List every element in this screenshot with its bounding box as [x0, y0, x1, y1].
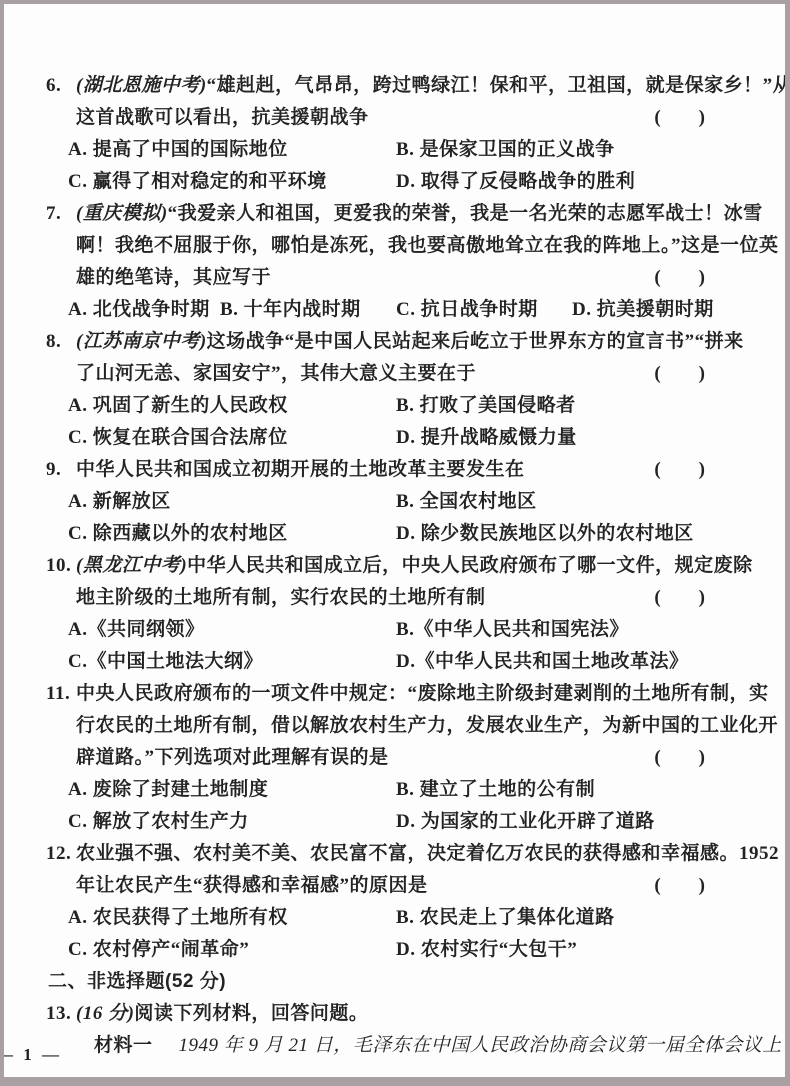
- stem-text: 行农民的土地所有制，借以解放农村生产力，发展农业生产，为新中国的工业化开: [76, 715, 778, 736]
- question-source-tag: (重庆模拟): [76, 203, 168, 224]
- option-d: D. 取得了反侵略战争的胜利: [396, 166, 785, 198]
- option-d: D. 除少数民族地区以外的农村地区: [396, 518, 785, 550]
- question-source-tag: (黑龙江中考): [76, 555, 187, 576]
- question-10-options-row-2: C.《中国土地法大纲》D.《中华人民共和国土地改革法》: [68, 646, 785, 678]
- question-source-tag: (湖北恩施中考): [76, 75, 207, 96]
- question-11: 11.中央人民政府颁布的一项文件中规定：“废除地主阶级封建剥削的土地所有制，实 …: [46, 678, 785, 838]
- question-11-stem-line-3: 辟道路。”下列选项对此理解有误的是( ): [46, 742, 785, 774]
- stem-text: 啊！我绝不屈服于你，哪怕是冻死，我也要高傲地耸立在我的阵地上。”这是一位英: [76, 235, 779, 256]
- question-11-stem-line-1: 11.中央人民政府颁布的一项文件中规定：“废除地主阶级封建剥削的土地所有制，实: [46, 678, 785, 710]
- question-13: 13.(16 分)阅读下列材料，回答问题。 材料一1949 年 9 月 21 日…: [46, 998, 785, 1062]
- option-c: C. 解放了农村生产力: [68, 806, 396, 838]
- stem-text: 了山河无恙、家国安宁”，其伟大意义主要在于: [76, 363, 476, 384]
- option-d: D. 农村实行“大包干”: [396, 934, 785, 966]
- question-7-stem-line-2: 啊！我绝不屈服于你，哪怕是冻死，我也要高傲地耸立在我的阵地上。”这是一位英: [46, 230, 785, 262]
- option-b: B. 打败了美国侵略者: [396, 390, 785, 422]
- option-b: B. 十年内战时期: [220, 294, 396, 326]
- exam-page: 6.(湖北恩施中考)“雄赳赳，气昂昂，跨过鸭绿江！保和平，卫祖国，就是保家乡！”…: [4, 4, 785, 1077]
- stem-text: 阅读下列材料，回答问题。: [134, 1003, 368, 1024]
- question-10: 10.(黑龙江中考)中华人民共和国成立后，中央人民政府颁布了哪一文件，规定废除 …: [46, 550, 785, 678]
- stem-text: 雄的绝笔诗，其应写于: [76, 267, 271, 288]
- option-b: B.《中华人民共和国宪法》: [396, 614, 785, 646]
- material-one-line: 材料一1949 年 9 月 21 日，毛泽东在中国人民政治协商会议第一届全体会议…: [46, 1030, 785, 1062]
- question-10-options-row-1: A.《共同纲领》B.《中华人民共和国宪法》: [68, 614, 785, 646]
- answer-bracket: ( ): [654, 582, 705, 614]
- question-10-stem-line-1: 10.(黑龙江中考)中华人民共和国成立后，中央人民政府颁布了哪一文件，规定废除: [46, 550, 785, 582]
- option-b: B. 是保家卫国的正义战争: [396, 134, 785, 166]
- question-9-options-row-2: C. 除西藏以外的农村地区D. 除少数民族地区以外的农村地区: [68, 518, 785, 550]
- question-number: 12.: [46, 838, 76, 870]
- stem-text: 年让农民产生“获得感和幸福感”的原因是: [76, 875, 428, 896]
- option-c: C. 抗日战争时期: [396, 294, 572, 326]
- option-d: D. 提升战略威慑力量: [396, 422, 785, 454]
- material-text: 1949 年 9 月 21 日，毛泽东在中国人民政治协商会议第一届全体会议上: [179, 1035, 782, 1056]
- stem-text: 这首战歌可以看出，抗美援朝战争: [76, 107, 369, 128]
- option-a: A. 新解放区: [68, 486, 396, 518]
- question-7-stem-line-1: 7.(重庆模拟)“我爱亲人和祖国，更爱我的荣誉，我是一名光荣的志愿军战士！冰雪: [46, 198, 785, 230]
- stem-text: 农业强不强、农村美不美、农民富不富，决定着亿万农民的获得感和幸福感。1952: [76, 843, 779, 864]
- option-b: B. 全国农村地区: [396, 486, 785, 518]
- option-a: A. 农民获得了土地所有权: [68, 902, 396, 934]
- question-12-stem-line-1: 12.农业强不强、农村美不美、农民富不富，决定着亿万农民的获得感和幸福感。195…: [46, 838, 785, 870]
- question-8: 8.(江苏南京中考)这场战争“是中国人民站起来后屹立于世界东方的宣言书”“拼来 …: [46, 326, 785, 454]
- question-7: 7.(重庆模拟)“我爱亲人和祖国，更爱我的荣誉，我是一名光荣的志愿军战士！冰雪 …: [46, 198, 785, 326]
- question-6-stem-line-2: 这首战歌可以看出，抗美援朝战争( ): [46, 102, 785, 134]
- question-9: 9.中华人民共和国成立初期开展的土地改革主要发生在( ) A. 新解放区B. 全…: [46, 454, 785, 550]
- question-11-stem-line-2: 行农民的土地所有制，借以解放农村生产力，发展农业生产，为新中国的工业化开: [46, 710, 785, 742]
- answer-bracket: ( ): [654, 742, 705, 774]
- answer-bracket: ( ): [654, 358, 705, 390]
- question-8-options-row-2: C. 恢复在联合国合法席位D. 提升战略威慑力量: [68, 422, 785, 454]
- question-9-options-row-1: A. 新解放区B. 全国农村地区: [68, 486, 785, 518]
- stem-text: 地主阶级的土地所有制，实行农民的土地所有制: [76, 587, 486, 608]
- question-11-options-row-2: C. 解放了农村生产力D. 为国家的工业化开辟了道路: [68, 806, 785, 838]
- option-d: D. 为国家的工业化开辟了道路: [396, 806, 785, 838]
- option-a: A. 北伐战争时期: [68, 294, 220, 326]
- question-6-options-row-1: A. 提高了中国的国际地位B. 是保家卫国的正义战争: [68, 134, 785, 166]
- page-number: — 1 —: [4, 1045, 62, 1065]
- option-c: C.《中国土地法大纲》: [68, 646, 396, 678]
- question-12-options-row-1: A. 农民获得了土地所有权B. 农民走上了集体化道路: [68, 902, 785, 934]
- question-8-stem-line-1: 8.(江苏南京中考)这场战争“是中国人民站起来后屹立于世界东方的宣言书”“拼来: [46, 326, 785, 358]
- question-6-options-row-2: C. 赢得了相对稳定的和平环境D. 取得了反侵略战争的胜利: [68, 166, 785, 198]
- question-13-stem-line-1: 13.(16 分)阅读下列材料，回答问题。: [46, 998, 785, 1030]
- question-number: 11.: [46, 678, 76, 710]
- question-number: 10.: [46, 550, 76, 582]
- stem-text: “我爱亲人和祖国，更爱我的荣誉，我是一名光荣的志愿军战士！冰雪: [168, 203, 763, 224]
- question-11-options-row-1: A. 废除了封建土地制度B. 建立了土地的公有制: [68, 774, 785, 806]
- answer-bracket: ( ): [654, 870, 705, 902]
- stem-text: 中华人民共和国成立后，中央人民政府颁布了哪一文件，规定废除: [187, 555, 753, 576]
- stem-text: 这场战争“是中国人民站起来后屹立于世界东方的宣言书”“拼来: [207, 331, 744, 352]
- question-number: 6.: [46, 70, 76, 102]
- question-7-options-row: A. 北伐战争时期B. 十年内战时期C. 抗日战争时期D. 抗美援朝时期: [68, 294, 785, 326]
- option-a: A. 废除了封建土地制度: [68, 774, 396, 806]
- stem-text: 中央人民政府颁布的一项文件中规定：“废除地主阶级封建剥削的土地所有制，实: [76, 683, 769, 704]
- option-a: A.《共同纲领》: [68, 614, 396, 646]
- question-source-tag: (江苏南京中考): [76, 331, 207, 352]
- question-8-stem-line-2: 了山河无恙、家国安宁”，其伟大意义主要在于( ): [46, 358, 785, 390]
- answer-bracket: ( ): [654, 102, 705, 134]
- question-9-stem-line-1: 9.中华人民共和国成立初期开展的土地改革主要发生在( ): [46, 454, 785, 486]
- question-number: 9.: [46, 454, 76, 486]
- question-score-tag: (16 分): [76, 1003, 134, 1024]
- question-6: 6.(湖北恩施中考)“雄赳赳，气昂昂，跨过鸭绿江！保和平，卫祖国，就是保家乡！”…: [46, 70, 785, 198]
- question-number: 7.: [46, 198, 76, 230]
- question-7-stem-line-3: 雄的绝笔诗，其应写于( ): [46, 262, 785, 294]
- option-a: A. 提高了中国的国际地位: [68, 134, 396, 166]
- section-header: 二、非选择题(52 分): [48, 966, 785, 998]
- question-number: 13.: [46, 998, 76, 1030]
- option-a: A. 巩固了新生的人民政权: [68, 390, 396, 422]
- question-10-stem-line-2: 地主阶级的土地所有制，实行农民的土地所有制( ): [46, 582, 785, 614]
- option-c: C. 赢得了相对稳定的和平环境: [68, 166, 396, 198]
- option-c: C. 除西藏以外的农村地区: [68, 518, 396, 550]
- answer-bracket: ( ): [654, 454, 705, 486]
- question-12-options-row-2: C. 农村停产“闹革命”D. 农村实行“大包干”: [68, 934, 785, 966]
- option-c: C. 农村停产“闹革命”: [68, 934, 396, 966]
- question-6-stem-line-1: 6.(湖北恩施中考)“雄赳赳，气昂昂，跨过鸭绿江！保和平，卫祖国，就是保家乡！”…: [46, 70, 785, 102]
- option-c: C. 恢复在联合国合法席位: [68, 422, 396, 454]
- option-d: D. 抗美援朝时期: [572, 294, 785, 326]
- question-8-options-row-1: A. 巩固了新生的人民政权B. 打败了美国侵略者: [68, 390, 785, 422]
- question-number: 8.: [46, 326, 76, 358]
- material-label: 材料一: [94, 1035, 153, 1056]
- stem-text: “雄赳赳，气昂昂，跨过鸭绿江！保和平，卫祖国，就是保家乡！”从: [207, 75, 785, 96]
- answer-bracket: ( ): [654, 262, 705, 294]
- option-d: D.《中华人民共和国土地改革法》: [396, 646, 785, 678]
- question-12: 12.农业强不强、农村美不美、农民富不富，决定着亿万农民的获得感和幸福感。195…: [46, 838, 785, 966]
- page-content: 6.(湖北恩施中考)“雄赳赳，气昂昂，跨过鸭绿江！保和平，卫祖国，就是保家乡！”…: [4, 4, 785, 1062]
- stem-text: 中华人民共和国成立初期开展的土地改革主要发生在: [76, 459, 525, 480]
- question-12-stem-line-2: 年让农民产生“获得感和幸福感”的原因是( ): [46, 870, 785, 902]
- stem-text: 辟道路。”下列选项对此理解有误的是: [76, 747, 389, 768]
- option-b: B. 建立了土地的公有制: [396, 774, 785, 806]
- option-b: B. 农民走上了集体化道路: [396, 902, 785, 934]
